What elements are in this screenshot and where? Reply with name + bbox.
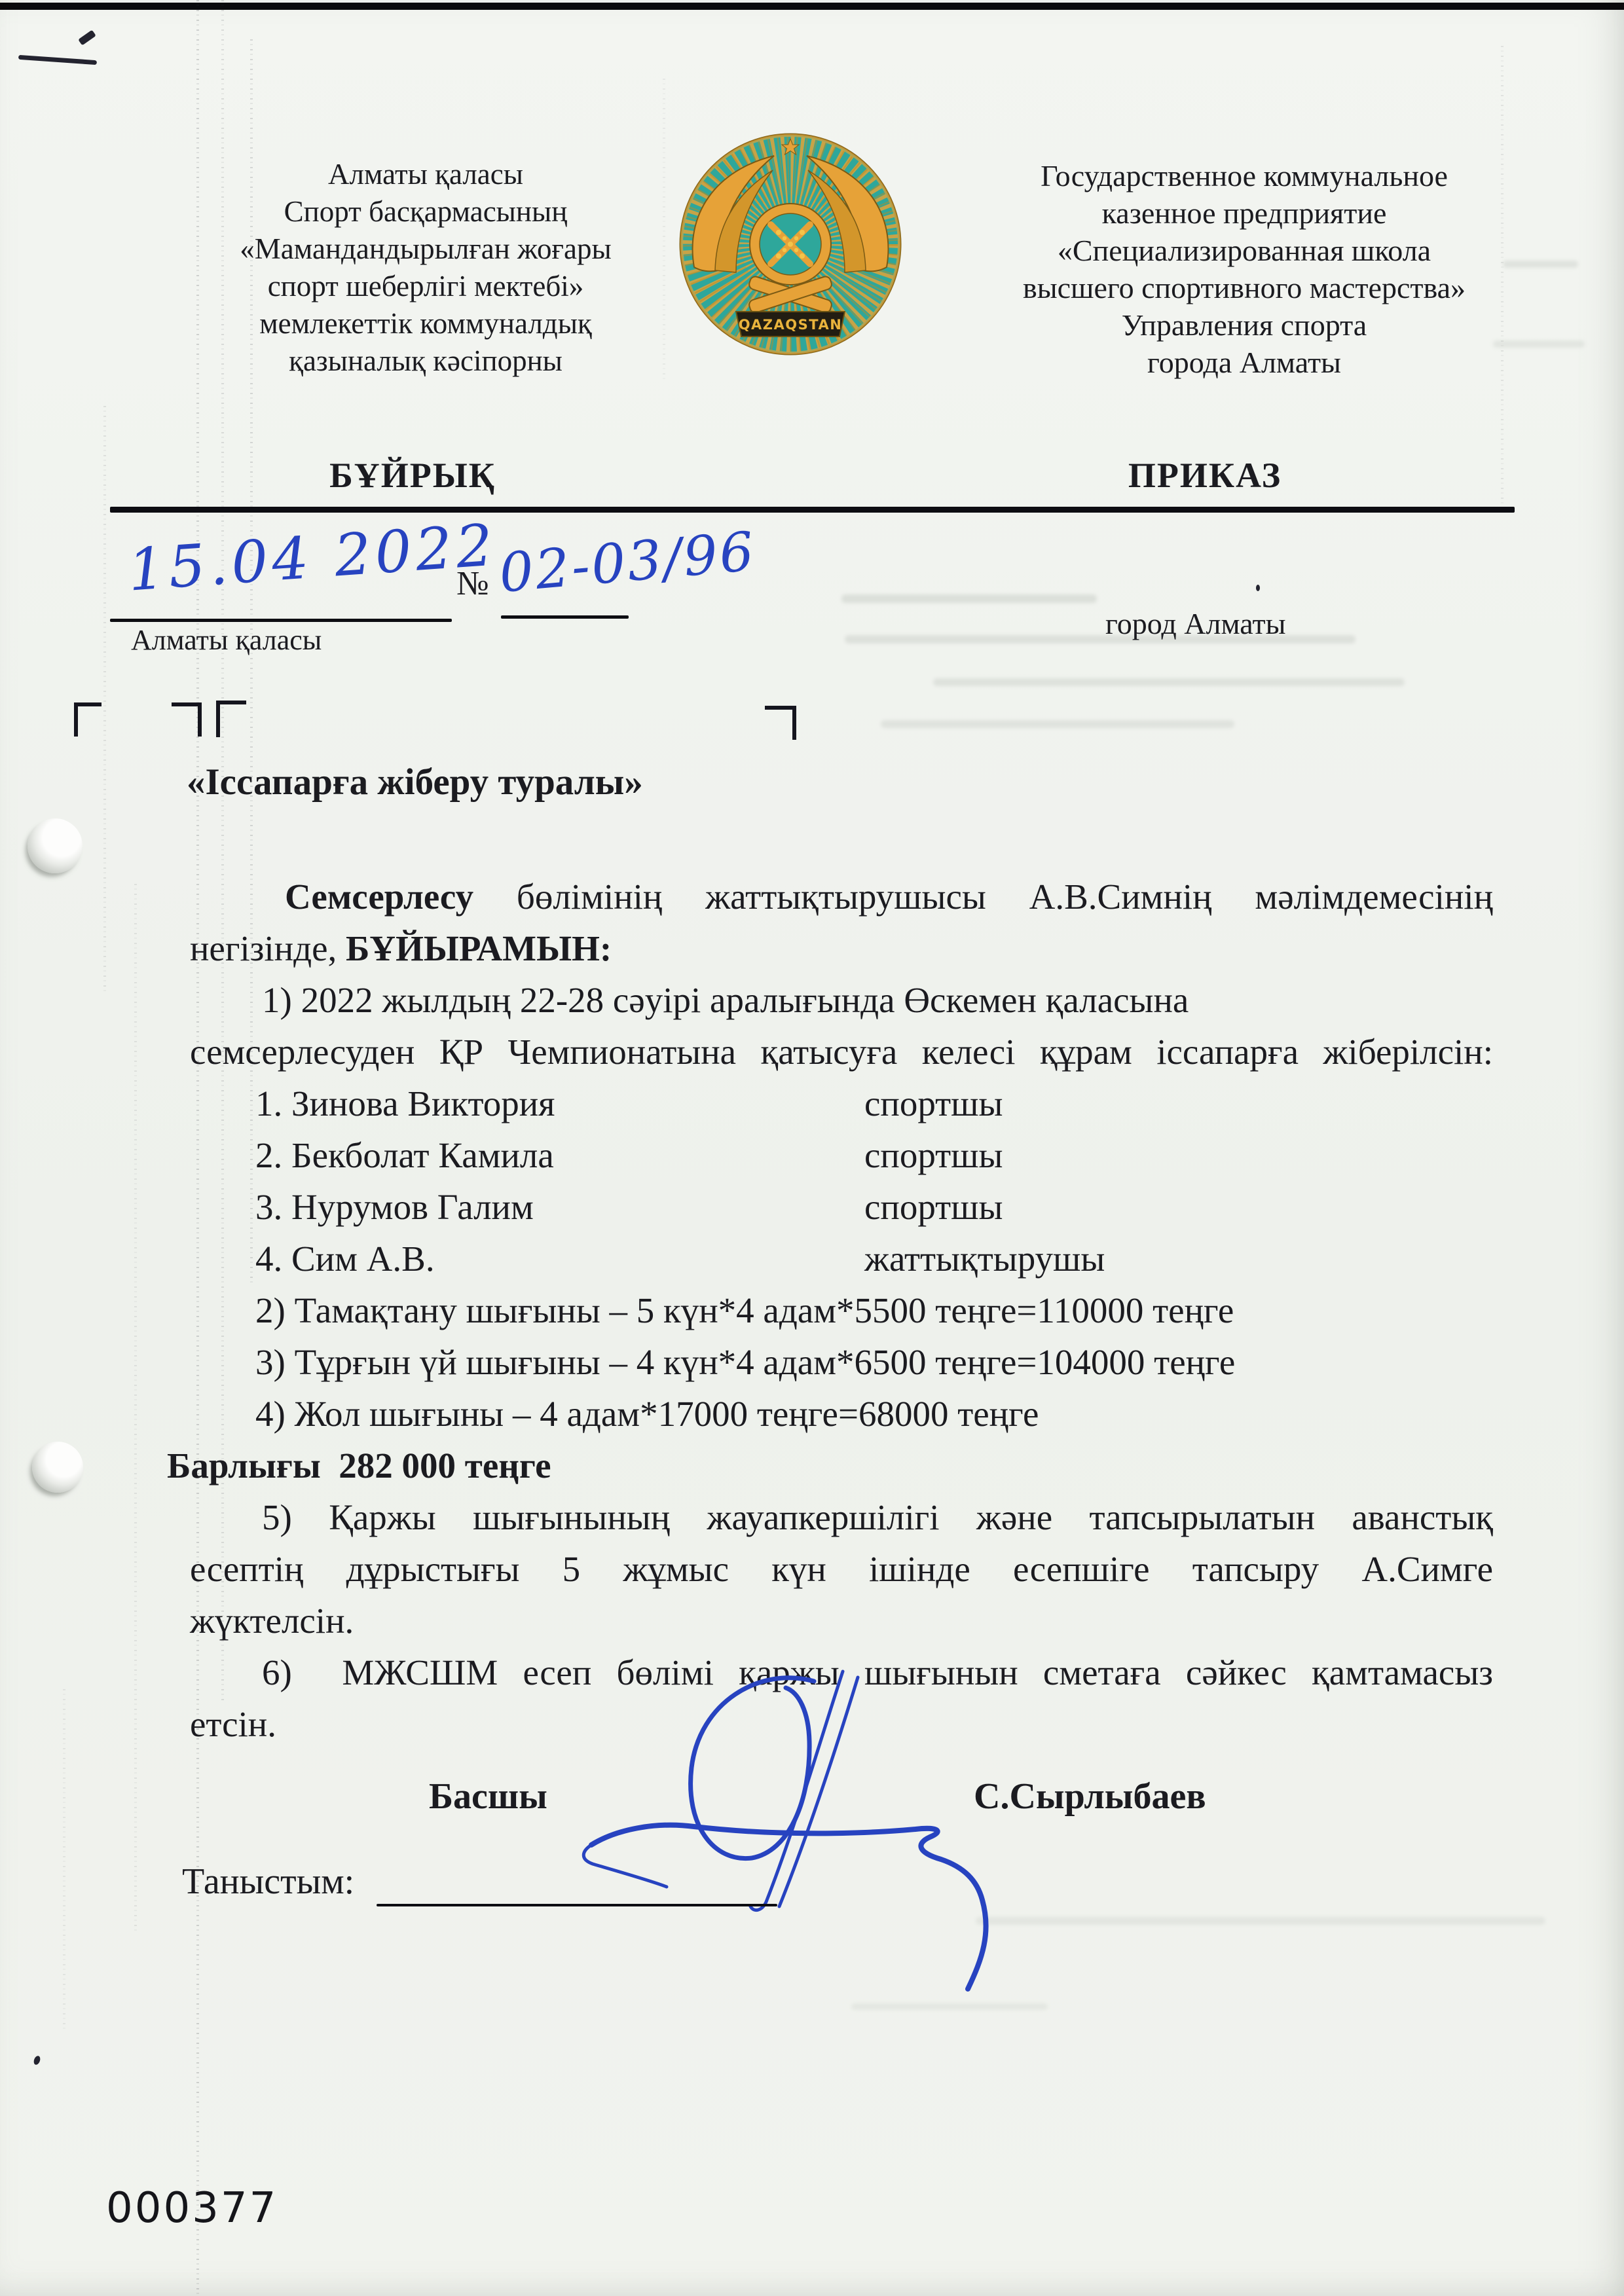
bleed-through-smudge [976,1917,1545,1925]
letterhead-ru-line: города Алматы [930,344,1559,381]
header-rule [110,507,1515,513]
place-kazakh: Алматы қаласы [131,623,322,657]
handwritten-date: 15.04 2022 [126,511,499,604]
preamble-line-2: негізінде, БҰЙЫРАМЫН: [190,928,612,969]
order-verb-bold: БҰЙЫРАМЫН: [346,928,612,968]
letterhead-ru-line: высшего спортивного мастерства» [930,269,1559,306]
letterhead-ru-line: казенное предприятие [930,194,1559,232]
pen-stroke [18,55,97,65]
preamble-line-1-rest: бөлімінің жаттықтырушысы А.В.Симнің мәлі… [473,877,1493,917]
scanner-streak [63,1689,65,2030]
item-2-line: 2) Тамақтану шығыны – 5 күн*4 адам*5500 … [255,1290,1234,1331]
signatory-name: С.Сырлыбаев [974,1776,1206,1817]
item-3-line: 3) Тұрғын үй шығыны – 4 күн*4 адам*6500 … [255,1341,1235,1383]
roster-role: спортшы [864,1186,1003,1228]
preamble-lead-bold: Семсерлесу [285,877,473,917]
scanner-streak [134,884,137,1931]
bleed-through-smudge [881,720,1234,728]
letterhead-ru-line: «Специализированная школа [930,232,1559,269]
roster-role: спортшы [864,1135,1003,1176]
preamble-line-2-normal: негізінде, [190,928,346,968]
signatory-role-label: Басшы [429,1776,547,1817]
item-1-line-1: 1) 2022 жылдың 22-28 сәуірі аралығында Ө… [262,979,1189,1021]
roster-role: жаттықтырушы [864,1238,1105,1279]
preamble-line-1: Семсерлесу бөлімінің жаттықтырушысы А.В.… [190,876,1493,917]
hole-punch [32,1442,83,1493]
roster-row: 2. Бекболат Камила [255,1135,554,1176]
total-line: Барлығы 282 000 теңге [167,1445,551,1486]
item-1-line-2: семсерлесуден ҚР Чемпионатына қатысуға к… [190,1031,1493,1072]
letterhead-kk-line: «Мамандандырылған жоғары [164,230,688,268]
order-word-kazakh: БҰЙРЫҚ [282,455,544,496]
scanned-order-document: Алматы қаласы Спорт басқармасының «Маман… [0,0,1624,2296]
bleed-through-smudge [851,2003,1048,2010]
letterhead-kk-line: спорт шеберлігі мектебі» [164,268,688,305]
pen-dot [33,2055,41,2066]
crop-mark [172,702,202,737]
kazakhstan-emblem-icon: QAZAQSTAN [676,130,905,359]
roster-name: 1. Зинова Виктория [255,1084,555,1123]
letterhead-ru-line: Управления спорта [930,306,1559,344]
number-underline [501,615,629,619]
roster-name: 3. Нурумов Галим [255,1187,534,1227]
letterhead-kazakh: Алматы қаласы Спорт басқармасының «Маман… [164,156,688,380]
bleed-through-smudge [933,678,1405,686]
letterhead-kk-line: қазыналық кәсіпорны [164,342,688,380]
item-6-line-2: етсін. [190,1704,276,1745]
handwritten-number: 02-03/96 [497,520,758,605]
letterhead-kk-line: Алматы қаласы [164,156,688,193]
letterhead-ru-line: Государственное коммунальное [930,157,1559,194]
roster-row: 1. Зинова Виктория [255,1083,555,1124]
bleed-through-smudge [841,594,1097,603]
place-russian: город Алматы [1105,606,1286,641]
item-5-line-2: есептің дұрыстығы 5 жұмыс күн ішінде есе… [190,1548,1493,1590]
roster-row: 3. Нурумов Галим [255,1186,534,1228]
number-sign: № [456,564,489,603]
crop-mark [765,706,796,740]
scanner-streak [103,406,106,995]
roster-name: 4. Сим А.В. [255,1239,435,1279]
acknowledgement-label: Таныстым: [182,1861,354,1903]
acknowledgement-underline [377,1904,777,1906]
roster-name: 2. Бекболат Камила [255,1135,554,1175]
date-underline [110,619,452,622]
hole-punch [28,818,83,873]
pen-mark [78,30,96,46]
crop-mark [216,701,246,737]
letterhead-kk-line: Спорт басқармасының [164,193,688,230]
roster-role: спортшы [864,1083,1003,1124]
ink-dot [1256,585,1260,591]
scan-edge-line [0,3,1624,10]
document-stamp-number: 000377 [106,2184,278,2232]
emblem-banner-text: QAZAQSTAN [739,317,843,333]
crop-mark [74,702,101,737]
letterhead-russian: Государственное коммунальное казенное пр… [930,157,1559,381]
roster-row: 4. Сим А.В. [255,1238,435,1279]
item-5-line-3: жүктелсін. [190,1600,354,1641]
item-6-line-1: 6) МЖСШМ есеп бөлімі қаржы шығынын смета… [190,1652,1493,1693]
item-4-line: 4) Жол шығыны – 4 адам*17000 теңге=68000… [255,1393,1039,1434]
document-subject-title: «Іссапарға жіберу туралы» [187,761,643,803]
letterhead-kk-line: мемлекеттік коммуналдық [164,305,688,342]
item-5-line-1: 5) Қаржы шығынының жауапкершілігі және т… [190,1497,1493,1538]
order-word-russian: ПРИКАЗ [1074,455,1336,496]
